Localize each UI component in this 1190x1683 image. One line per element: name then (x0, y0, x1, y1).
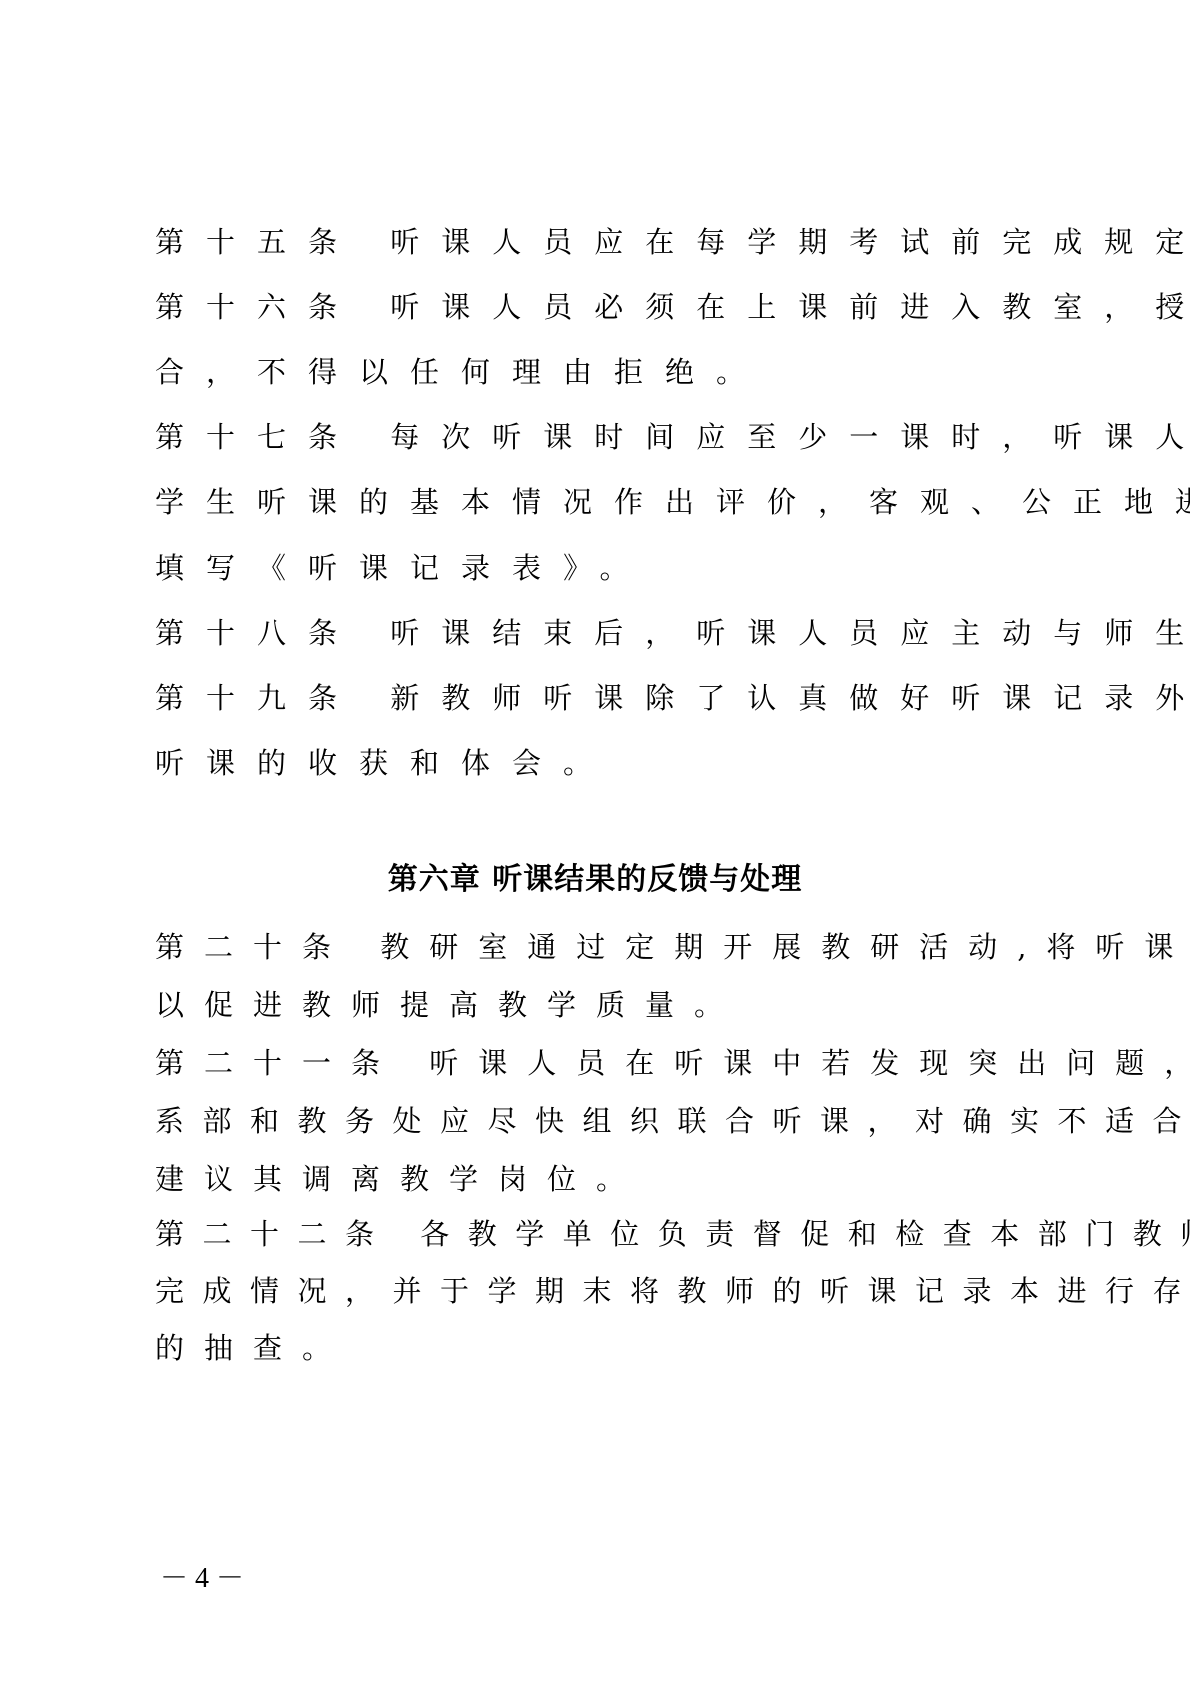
article-21-line-2: 系部和教务处应尽快组织联合听课，对确实不适合教学的教师， (155, 1101, 1055, 1141)
article-21-line-1: 第二十一条 听课人员在听课中若发现突出问题，应及时反映， (155, 1043, 1055, 1083)
article-22-line-2: 完成情况，并于学期末将教师的听课记录本进行存档，接受学院 (155, 1271, 1055, 1311)
article-17-line-3: 填写《听课记录表》。 (155, 548, 1055, 588)
chapter-heading: 第六章 听课结果的反馈与处理 (0, 860, 1190, 900)
article-16-line-1: 第十六条 听课人员必须在上课前进入教室，授课教师要积极配 (155, 287, 1055, 327)
article-20-line-2: 以促进教师提高教学质量。 (155, 985, 1055, 1025)
article-17-line-1: 第十七条 每次听课时间应至少一课时，听课人应对教师教学及 (155, 417, 1055, 457)
article-16-line-2: 合，不得以任何理由拒绝。 (155, 352, 1055, 392)
article-19-line-2: 听课的收获和体会。 (155, 743, 1055, 783)
article-19-line-1: 第十九条 新教师听课除了认真做好听课记录外，还要及时总结 (155, 678, 1055, 718)
article-18-line-1: 第十八条 听课结束后，听课人员应主动与师生交换意见。 (155, 613, 1055, 653)
article-22-line-3: 的抽查。 (155, 1328, 1055, 1368)
article-21-line-3: 建议其调离教学岗位。 (155, 1159, 1055, 1199)
page-number: － 4 － (160, 1562, 244, 1596)
article-20-line-1: 第二十条 教研室通过定期开展教研活动,将听课意见进行反馈， (155, 927, 1055, 967)
article-15-line-1: 第十五条 听课人员应在每学期考试前完成规定的听课任务。 (155, 222, 1055, 262)
article-17-line-2: 学生听课的基本情况作出评价，客观、公正地进行评分，并认真 (155, 482, 1055, 522)
article-22-line-1: 第二十二条 各教学单位负责督促和检查本部门教师听课任务的 (155, 1214, 1055, 1254)
